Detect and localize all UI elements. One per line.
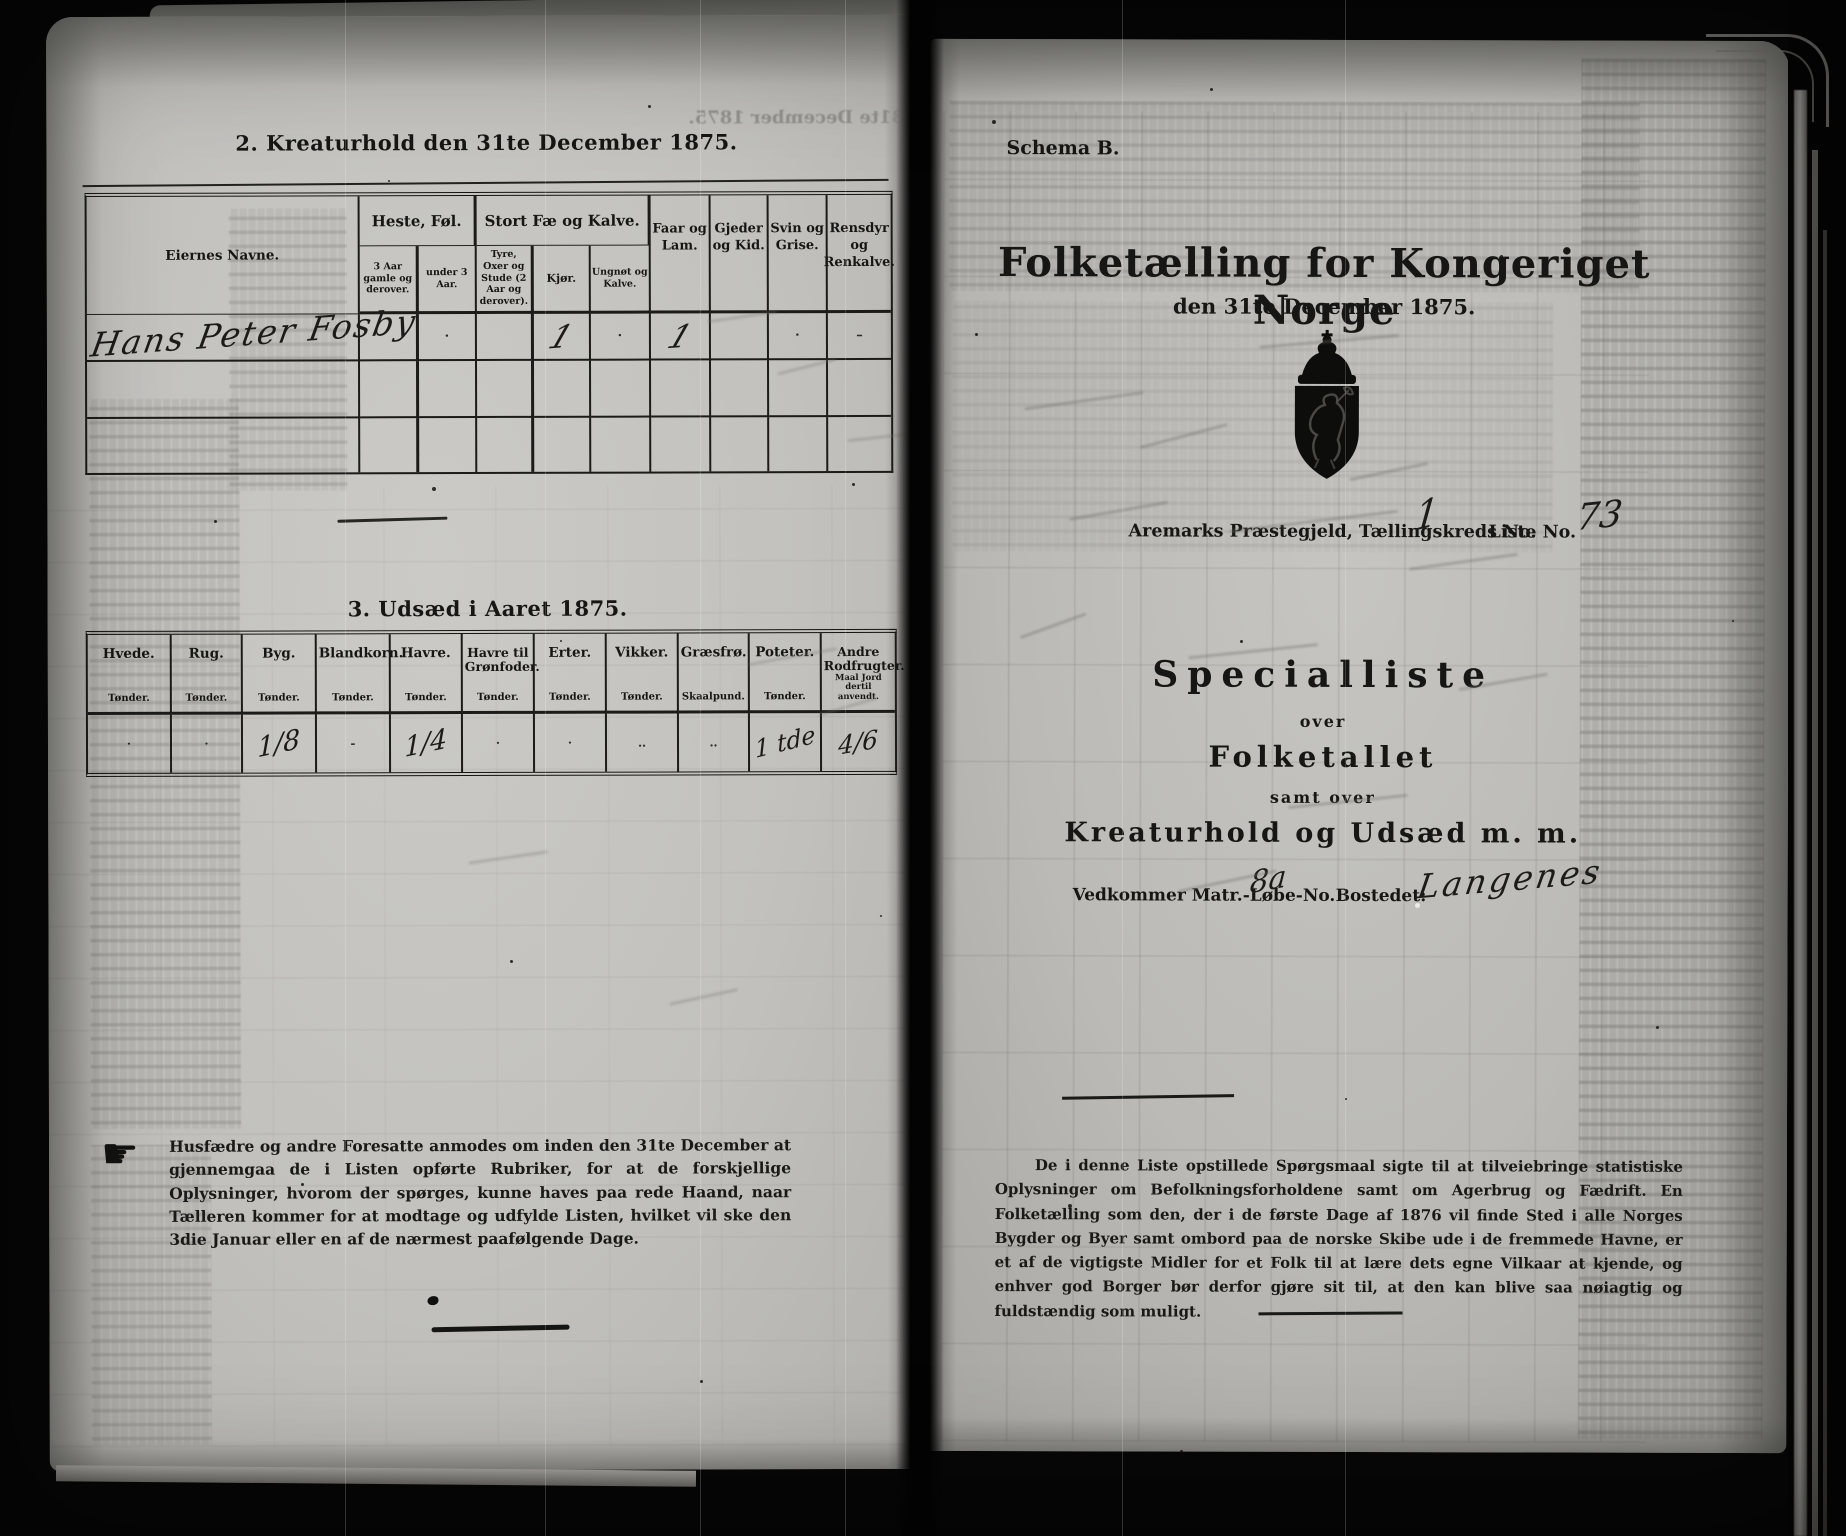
udsaed-val-erter-mark: · — [568, 736, 572, 750]
row1-heste3-cell — [360, 314, 419, 361]
udsaed-col-rodfrugter: Andre Rodfrugter. Maal Jord dertil anven… — [822, 633, 895, 713]
udsaed-col-hvede: Hvede. Tønder. — [88, 635, 172, 715]
matrikkel-label: Vedkommer Matr.-Løbe-No. — [1073, 885, 1336, 906]
ghost-handwriting-stroke — [1024, 391, 1143, 410]
row3-cell — [651, 417, 711, 471]
row3-cell — [769, 417, 828, 471]
ghost-handwriting-stroke — [1409, 553, 1518, 571]
udsaed-col-gronfoder-name: Havre til Grønfoder. — [465, 646, 531, 674]
udsaed-col-vikker-unit: Tønder. — [609, 691, 675, 702]
kreaturhold-title: 2. Kreaturhold den 31te December 1875. — [216, 129, 756, 155]
row3-cell — [828, 417, 891, 471]
row1-under3-mark: · — [445, 329, 450, 344]
udsaed-col-gronfoder-unit: Tønder. — [465, 692, 531, 703]
right-page: Schema B. Folketælling for Kongeriget No… — [926, 39, 1790, 1453]
specialliste-kreaturhold: Kreaturhold og Udsæd m. m. — [948, 817, 1698, 850]
row1-owner-cell: Hans Peter Fosby — [87, 314, 360, 362]
udsaed-val-byg: 1/8 — [243, 714, 317, 772]
udsaed-col-hvede-unit: Tønder. — [90, 693, 168, 704]
handwritten-stroke-1 — [337, 517, 447, 523]
udsaed-col-erter-name: Erter. — [537, 646, 603, 661]
kreaturhold-table: Eiernes Navne. Heste, Føl. Stort Fæ og K… — [85, 191, 894, 475]
udsaed-col-blandkorn-name: Blandkorn. — [319, 646, 387, 661]
group-header-heste: Heste, Føl. — [360, 196, 477, 246]
row1-svin-cell: · — [769, 313, 828, 360]
left-page: den 31te December 1875. 2. Kreaturhold d… — [46, 15, 914, 1471]
handwritten-stroke-2 — [431, 1325, 569, 1333]
col-header-eiernes-navne-label: Eiernes Navne. — [165, 247, 279, 263]
udsaed-val-havre: 1/4 — [391, 714, 463, 772]
sub-header-tyre-oxer-label: Tyre, Oxer og Stude (2 Aar og derover). — [478, 249, 530, 309]
bosted-label: Bostedet: — [1336, 886, 1427, 906]
col-header-faar-lam-label: Faar og Lam. — [651, 221, 709, 255]
udsaed-val-erter: · — [535, 714, 607, 772]
specialliste-samt-over: samt over — [948, 787, 1698, 808]
udsaed-val-poteter-handwriting: 1 tde — [754, 722, 816, 761]
udsaed-val-hvede-mark: · — [127, 737, 131, 751]
right-instruction-paragraph: De i denne Liste opstillede Spørgsmaal s… — [994, 1153, 1682, 1325]
udsaed-val-blandkorn-mark: - — [350, 736, 355, 750]
udsaed-col-havre: Havre. Tønder. — [391, 634, 463, 714]
sub-header-ungnot-kalve-label: Ungnøt og Kalve. — [592, 266, 648, 290]
col-header-rensdyr-label: Rensdyr og Renkalve. — [824, 221, 895, 272]
udsaed-col-rodfrugter-unit: Maal Jord dertil anvendt. — [824, 674, 893, 702]
udsaed-col-poteter-unit: Tønder. — [752, 691, 818, 702]
row2-owner-cell — [87, 361, 360, 419]
row1-kjor-cell: 1 — [534, 314, 591, 361]
row2-cell — [534, 361, 591, 418]
row1-kjor-handwriting: 1 — [545, 320, 578, 353]
udsaed-val-blandkorn: - — [317, 714, 391, 772]
group-header-stort-fae-label: Stort Fæ og Kalve. — [485, 211, 640, 229]
row1-faar-cell: 1 — [651, 313, 711, 360]
ghost-handwriting-stroke — [1020, 612, 1087, 639]
udsaed-col-gronfoder: Havre til Grønfoder. Tønder. — [463, 634, 535, 714]
row1-svin-mark: · — [795, 328, 800, 343]
district-line: Aremarks Præstegjeld, Tællingskreds No. — [1129, 521, 1537, 542]
udsaed-val-vikker-mark: ‥ — [638, 736, 646, 750]
udsaed-val-poteter: 1 tde — [750, 713, 822, 771]
col-header-rensdyr: Rensdyr og Renkalve. — [828, 195, 891, 313]
row2-cell — [477, 361, 534, 418]
udsaed-col-hvede-name: Hvede. — [90, 647, 168, 662]
left-footnote-text: Husfædre og andre Foresatte anmodes om i… — [169, 1133, 791, 1251]
row3-cell — [591, 418, 651, 472]
col-header-faar-lam: Faar og Lam. — [651, 195, 711, 313]
udsaed-col-rodfrugter-name: Andre Rodfrugter. — [824, 645, 893, 673]
row2-cell — [711, 360, 769, 417]
udsaed-col-graesfro-unit: Skaalpund. — [681, 691, 746, 702]
page-edge-3 — [1823, 230, 1827, 1536]
udsaed-val-gronfoder: · — [463, 714, 535, 772]
census-subtitle: den 31te December 1875. — [949, 293, 1699, 320]
ghost-handwriting-stroke — [468, 850, 548, 864]
udsaed-col-havre-name: Havre. — [393, 646, 459, 661]
udsaed-col-byg: Byg. Tønder. — [243, 634, 317, 714]
page-edge-1 — [1794, 90, 1807, 1536]
ink-blob — [427, 1296, 438, 1305]
udsaed-title: 3. Udsæd i Aaret 1875. — [238, 595, 738, 621]
sub-header-ungnot-kalve: Ungnøt og Kalve. — [591, 246, 651, 314]
row2-cell — [419, 361, 477, 418]
sub-header-heste-under3: under 3 Aar. — [419, 246, 477, 314]
udsaed-col-byg-unit: Tønder. — [245, 692, 313, 703]
udsaed-val-graesfro-mark: ‥ — [709, 735, 717, 749]
udsaed-col-rug-name: Rug. — [174, 647, 239, 662]
row3-cell — [419, 418, 477, 472]
udsaed-col-erter-unit: Tønder. — [537, 692, 603, 703]
sub-header-tyre-oxer: Tyre, Oxer og Stude (2 Aar og derover). — [477, 246, 534, 314]
bosted-handwriting: Langenes — [1415, 854, 1605, 903]
group-header-stort-fae: Stort Fæ og Kalve. — [477, 196, 651, 246]
col-header-gjeder-kid: Gjeder og Kid. — [711, 195, 769, 313]
udsaed-val-rug-mark: · — [204, 737, 208, 751]
row2-cell — [651, 360, 711, 417]
udsaed-val-byg-handwriting: 1/8 — [258, 725, 301, 762]
norway-coat-of-arms-icon — [1281, 328, 1373, 486]
row1-gjeder-cell — [711, 313, 769, 360]
udsaed-col-blandkorn: Blandkorn. Tønder. — [317, 634, 391, 714]
group-header-heste-label: Heste, Føl. — [372, 212, 462, 230]
rule-above-table2 — [83, 179, 889, 187]
sub-header-heste-3aar-label: 3 Aar gamle og derover. — [361, 261, 415, 297]
row3-cell — [360, 418, 419, 472]
ghost-handwriting-stroke — [1140, 423, 1228, 449]
row3-cell — [477, 418, 534, 472]
udsaed-col-havre-unit: Tønder. — [393, 692, 459, 703]
udsaed-col-rug: Rug. Tønder. — [172, 635, 243, 715]
row2-cell — [769, 360, 828, 417]
udsaed-val-graesfro: ‥ — [679, 713, 750, 771]
udsaed-col-erter: Erter. Tønder. — [535, 634, 607, 714]
udsaed-col-vikker: Vikker. Tønder. — [607, 633, 679, 713]
row1-ungnot-cell: · — [591, 314, 651, 361]
udsaed-col-blandkorn-unit: Tønder. — [319, 692, 387, 703]
pointing-hand-icon: ☛ — [101, 1133, 139, 1175]
udsaed-val-rug: · — [172, 715, 243, 773]
matrikkel-number-handwriting: 8a — [1249, 862, 1288, 899]
ghost-mid-text — [953, 301, 1554, 553]
row2-cell — [360, 361, 419, 418]
udsaed-val-vikker: ‥ — [607, 713, 679, 771]
udsaed-table: Hvede. Tønder. Rug. Tønder. Byg. Tønder.… — [86, 629, 897, 777]
udsaed-val-gronfoder-mark: · — [496, 736, 500, 750]
census-title: Folketælling for Kongeriget Norge — [949, 239, 1699, 335]
row3-owner-cell — [87, 418, 360, 473]
udsaed-col-graesfro: Græsfrø. Skaalpund. — [679, 633, 750, 713]
col-header-gjeder-kid-label: Gjeder og Kid. — [711, 221, 767, 255]
ghost-handwriting-stroke — [669, 988, 738, 1006]
ghost-handwriting-stroke — [1069, 501, 1168, 521]
col-header-svin-grise: Svin og Grise. — [769, 195, 828, 313]
specialliste-folketallet: Folketallet — [948, 739, 1698, 775]
schema-label: Schema B. — [1007, 137, 1120, 159]
district-prefix: Aremarks Præstegjeld, Tællingskreds No. — [1129, 521, 1537, 542]
page-stack-edges — [1788, 0, 1846, 1536]
sub-header-kjor-label: Kjør. — [547, 271, 577, 285]
row1-under3-cell: · — [419, 314, 477, 361]
row2-cell — [828, 360, 891, 417]
row3-cell — [534, 418, 591, 472]
udsaed-val-rodfrugter: 4/6 — [822, 713, 895, 771]
udsaed-val-hvede: · — [88, 715, 172, 773]
page-edge-2 — [1812, 150, 1818, 1536]
specialliste-heading: Specialliste — [948, 653, 1698, 697]
row2-cell — [591, 361, 651, 418]
col-header-eiernes-navne: Eiernes Navne. — [87, 196, 360, 315]
udsaed-col-byg-name: Byg. — [245, 646, 313, 661]
row3-cell — [711, 417, 769, 471]
row1-faar-handwriting: 1 — [664, 319, 697, 352]
liste-number-handwriting: 73 — [1575, 496, 1625, 537]
specialliste-over: over — [948, 711, 1698, 732]
udsaed-col-rug-unit: Tønder. — [174, 693, 239, 704]
sub-header-kjor: Kjør. — [534, 246, 591, 314]
udsaed-col-poteter: Poteter. Tønder. — [750, 633, 822, 713]
udsaed-col-vikker-name: Vikker. — [609, 645, 675, 660]
liste-label: Liste No. — [1489, 522, 1577, 542]
sub-header-heste-under3-label: under 3 Aar. — [420, 267, 474, 291]
udsaed-val-rodfrugter-handwriting: 4/6 — [838, 726, 878, 759]
udsaed-col-poteter-name: Poteter. — [752, 645, 818, 660]
row1-tyre-cell — [477, 314, 534, 361]
divider-rule-1 — [1062, 1094, 1234, 1100]
ghost-mirrored-date: den 31te December 1875. — [688, 107, 914, 129]
row1-rensdyr-cell: – — [828, 313, 891, 360]
udsaed-col-graesfro-name: Græsfrø. — [681, 645, 746, 660]
row1-rensdyr-mark: – — [856, 328, 863, 343]
udsaed-val-havre-handwriting: 1/4 — [405, 725, 448, 762]
row1-ungnot-mark: · — [618, 329, 623, 344]
col-header-svin-grise-label: Svin og Grise. — [769, 221, 826, 255]
scanned-census-spread: den 31te December 1875. 2. Kreaturhold d… — [0, 0, 1846, 1536]
